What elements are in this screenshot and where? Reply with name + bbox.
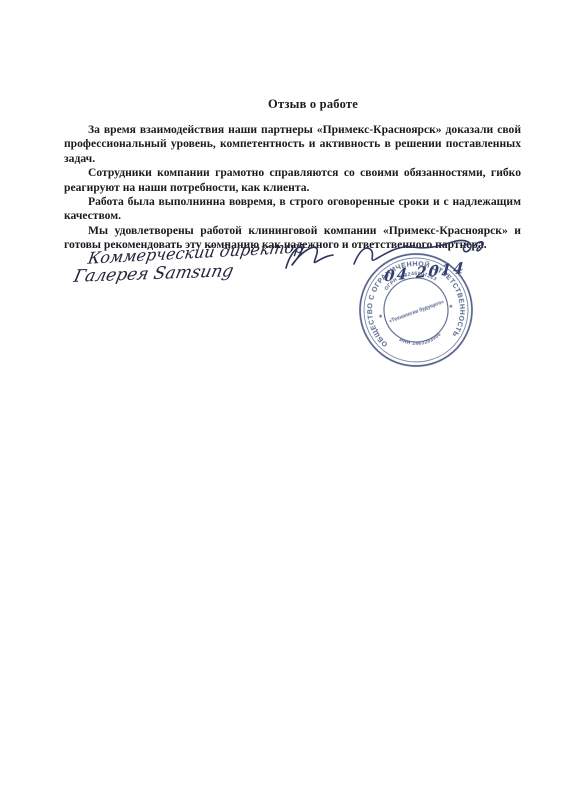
- stamp-inn-text: ИНН 2463283006: [397, 331, 443, 350]
- stamp-star-right: ✶: [449, 304, 454, 311]
- scanned-letter-page: Отзыв о работе За время взаимодействия н…: [0, 0, 581, 800]
- paragraph-2: Сотрудники компании грамотно справляются…: [64, 166, 521, 195]
- signature-flourish-middle: [272, 240, 342, 276]
- handwritten-company: Галерея Samsung: [72, 261, 235, 287]
- paragraph-3: Работа была выполнинна вовремя, в строго…: [64, 195, 521, 224]
- signature-stroke: [286, 247, 333, 268]
- page-title: Отзыв о работе: [85, 97, 541, 112]
- paragraph-1: За время взаимодействия наши партнеры «П…: [64, 123, 521, 166]
- stamp-center-name: «Технологии будущего»: [388, 298, 445, 324]
- stamp-star-left: ✶: [378, 314, 383, 321]
